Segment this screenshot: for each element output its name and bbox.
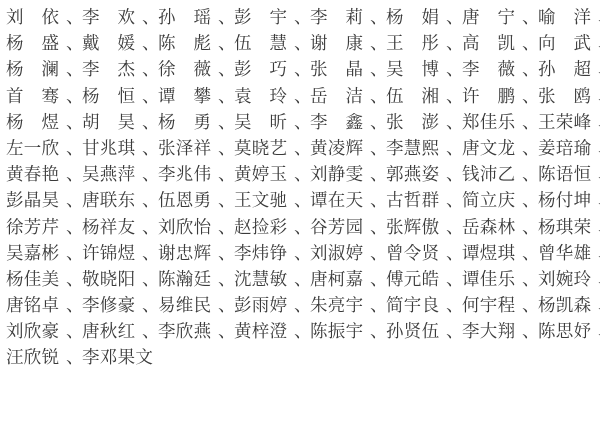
person-name: 左一欣 bbox=[6, 136, 66, 162]
person-name: 赵捡彩 bbox=[234, 215, 294, 241]
separator: 、 bbox=[370, 267, 386, 293]
text-line: 首骞、杨恒、谭攀、袁玲、岳洁、伍湘、许鹏、张鸥、江富、 bbox=[6, 84, 600, 110]
person-name: 吴嘉彬 bbox=[6, 241, 66, 267]
person-name: 张鸥 bbox=[538, 84, 598, 110]
separator: 、 bbox=[522, 188, 538, 214]
separator: 、 bbox=[446, 241, 462, 267]
person-name: 伍慧 bbox=[234, 31, 294, 57]
person-name: 甘兆琪 bbox=[82, 136, 142, 162]
separator: 、 bbox=[142, 319, 158, 345]
person-name: 傅元皓 bbox=[386, 267, 446, 293]
separator: 、 bbox=[66, 345, 82, 371]
separator: 、 bbox=[370, 241, 386, 267]
person-name: 张晶 bbox=[310, 57, 370, 83]
separator: 、 bbox=[522, 162, 538, 188]
separator: 、 bbox=[142, 57, 158, 83]
separator: 、 bbox=[370, 57, 386, 83]
text-line: 唐铭卓、李修豪、易维民、彭雨婷、朱亮宇、简宇良、何宇程、杨凯森、蔡小妹、 bbox=[6, 293, 600, 319]
person-name: 唐秋红 bbox=[82, 319, 142, 345]
separator: 、 bbox=[142, 188, 158, 214]
person-name: 陈语恒 bbox=[538, 162, 598, 188]
separator: 、 bbox=[370, 110, 386, 136]
person-name: 杨娟 bbox=[386, 5, 446, 31]
separator: 、 bbox=[294, 319, 310, 345]
separator: 、 bbox=[218, 162, 234, 188]
person-name: 王荣峰 bbox=[538, 110, 598, 136]
person-name: 朱亮宇 bbox=[310, 293, 370, 319]
person-name: 李鑫 bbox=[310, 110, 370, 136]
separator: 、 bbox=[446, 110, 462, 136]
separator: 、 bbox=[294, 162, 310, 188]
separator: 、 bbox=[522, 5, 538, 31]
separator: 、 bbox=[66, 319, 82, 345]
person-name: 杨恒 bbox=[82, 84, 142, 110]
separator: 、 bbox=[294, 84, 310, 110]
person-name: 李莉 bbox=[310, 5, 370, 31]
person-name: 吴博 bbox=[386, 57, 446, 83]
person-name: 黄春艳 bbox=[6, 162, 66, 188]
separator: 、 bbox=[370, 136, 386, 162]
separator: 、 bbox=[446, 57, 462, 83]
person-name: 曾华雄 bbox=[538, 241, 598, 267]
person-name: 莫晓艺 bbox=[234, 136, 294, 162]
person-name: 谭佳乐 bbox=[462, 267, 522, 293]
separator: 、 bbox=[66, 136, 82, 162]
person-name: 唐柯嘉 bbox=[310, 267, 370, 293]
separator: 、 bbox=[370, 293, 386, 319]
person-name: 彭宇 bbox=[234, 5, 294, 31]
separator: 、 bbox=[142, 84, 158, 110]
person-name: 张辉傲 bbox=[386, 215, 446, 241]
separator: 、 bbox=[522, 319, 538, 345]
person-name: 杨付坤 bbox=[538, 188, 598, 214]
person-name: 徐薇 bbox=[158, 57, 218, 83]
person-name: 易维民 bbox=[158, 293, 218, 319]
separator: 、 bbox=[294, 215, 310, 241]
separator: 、 bbox=[522, 84, 538, 110]
separator: 、 bbox=[142, 241, 158, 267]
separator: 、 bbox=[66, 267, 82, 293]
person-name: 彭雨婷 bbox=[234, 293, 294, 319]
separator: 、 bbox=[446, 84, 462, 110]
person-name: 唐宁 bbox=[462, 5, 522, 31]
person-name: 陈振宇 bbox=[310, 319, 370, 345]
separator: 、 bbox=[142, 293, 158, 319]
separator: 、 bbox=[446, 5, 462, 31]
separator: 、 bbox=[446, 293, 462, 319]
separator: 、 bbox=[142, 215, 158, 241]
person-name: 李大翔 bbox=[462, 319, 522, 345]
text-line: 刘欣豪、唐秋红、李欣燕、黄梓澄、陈振宇、孙贤伍、李大翔、陈思妤、江泽凯、 bbox=[6, 319, 600, 345]
person-name: 李欣燕 bbox=[158, 319, 218, 345]
person-name: 李炜铮 bbox=[234, 241, 294, 267]
person-name: 彭巧 bbox=[234, 57, 294, 83]
person-name: 胡昊 bbox=[82, 110, 142, 136]
text-line: 杨澜、李杰、徐薇、彭巧、张晶、吴博、李薇、孙超、刘妍、 bbox=[6, 57, 600, 83]
separator: 、 bbox=[218, 31, 234, 57]
person-name: 谢康 bbox=[310, 31, 370, 57]
separator: 、 bbox=[522, 293, 538, 319]
person-name: 姜琣瑜 bbox=[538, 136, 598, 162]
separator: 、 bbox=[142, 31, 158, 57]
person-name: 徐芳芹 bbox=[6, 215, 66, 241]
separator: 、 bbox=[142, 136, 158, 162]
person-name: 沈慧敏 bbox=[234, 267, 294, 293]
person-name: 李杰 bbox=[82, 57, 142, 83]
separator: 、 bbox=[66, 215, 82, 241]
person-name: 李慧熙 bbox=[386, 136, 446, 162]
person-name: 李薇 bbox=[462, 57, 522, 83]
person-name: 彭晶昊 bbox=[6, 188, 66, 214]
separator: 、 bbox=[66, 5, 82, 31]
text-line: 黄春艳、吴燕萍、李兆伟、黄婷玉、刘静雯、郭燕姿、钱沛乙、陈语恒、吴雅灵、 bbox=[6, 162, 600, 188]
separator: 、 bbox=[446, 31, 462, 57]
separator: 、 bbox=[142, 5, 158, 31]
person-name: 杨祥友 bbox=[82, 215, 142, 241]
separator: 、 bbox=[446, 162, 462, 188]
separator: 、 bbox=[522, 110, 538, 136]
person-name: 伍湘 bbox=[386, 84, 446, 110]
person-name: 郭燕姿 bbox=[386, 162, 446, 188]
separator: 、 bbox=[142, 267, 158, 293]
person-name: 伍恩勇 bbox=[158, 188, 218, 214]
person-name: 谷芳园 bbox=[310, 215, 370, 241]
separator: 、 bbox=[294, 136, 310, 162]
person-name: 何宇程 bbox=[462, 293, 522, 319]
separator: 、 bbox=[218, 267, 234, 293]
separator: 、 bbox=[218, 84, 234, 110]
separator: 、 bbox=[446, 267, 462, 293]
separator: 、 bbox=[218, 110, 234, 136]
person-name: 刘淑婷 bbox=[310, 241, 370, 267]
person-name: 许锦煜 bbox=[82, 241, 142, 267]
person-name: 黄梓澄 bbox=[234, 319, 294, 345]
separator: 、 bbox=[218, 57, 234, 83]
person-name: 孙瑶 bbox=[158, 5, 218, 31]
person-name: 刘婉玲 bbox=[538, 267, 598, 293]
person-name: 戴媛 bbox=[82, 31, 142, 57]
separator: 、 bbox=[294, 241, 310, 267]
person-name: 谭在天 bbox=[310, 188, 370, 214]
separator: 、 bbox=[142, 162, 158, 188]
separator: 、 bbox=[522, 31, 538, 57]
separator: 、 bbox=[370, 188, 386, 214]
separator: 、 bbox=[294, 267, 310, 293]
person-name: 敬晓阳 bbox=[82, 267, 142, 293]
person-name: 杨盛 bbox=[6, 31, 66, 57]
separator: 、 bbox=[142, 110, 158, 136]
separator: 、 bbox=[218, 293, 234, 319]
person-name: 向武 bbox=[538, 31, 598, 57]
person-name: 黄凌辉 bbox=[310, 136, 370, 162]
person-name: 唐联东 bbox=[82, 188, 142, 214]
name-list-document: 刘依、李欢、孙瑶、彭宇、李莉、杨娟、唐宁、喻洋、张巧、杨盛、戴媛、陈彪、伍慧、谢… bbox=[6, 5, 600, 372]
separator: 、 bbox=[218, 5, 234, 31]
person-name: 王彤 bbox=[386, 31, 446, 57]
person-name: 简立庆 bbox=[462, 188, 522, 214]
person-name: 陈瀚廷 bbox=[158, 267, 218, 293]
person-name: 杨澜 bbox=[6, 57, 66, 83]
person-name: 李邓果文 bbox=[82, 345, 153, 371]
text-line: 左一欣、甘兆琪、张泽祥、莫晓艺、黄凌辉、李慧熙、唐文龙、姜琣瑜、邓雪晶、 bbox=[6, 136, 600, 162]
separator: 、 bbox=[522, 267, 538, 293]
person-name: 钱沛乙 bbox=[462, 162, 522, 188]
separator: 、 bbox=[66, 57, 82, 83]
person-name: 吴燕萍 bbox=[82, 162, 142, 188]
separator: 、 bbox=[446, 319, 462, 345]
person-name: 唐铭卓 bbox=[6, 293, 66, 319]
person-name: 刘静雯 bbox=[310, 162, 370, 188]
person-name: 张泽祥 bbox=[158, 136, 218, 162]
person-name: 刘欣怡 bbox=[158, 215, 218, 241]
separator: 、 bbox=[522, 136, 538, 162]
separator: 、 bbox=[370, 31, 386, 57]
separator: 、 bbox=[522, 241, 538, 267]
person-name: 李修豪 bbox=[82, 293, 142, 319]
separator: 、 bbox=[370, 215, 386, 241]
text-line: 汪欣锐、李邓果文 bbox=[6, 345, 600, 371]
separator: 、 bbox=[446, 215, 462, 241]
person-name: 喻洋 bbox=[538, 5, 598, 31]
separator: 、 bbox=[522, 215, 538, 241]
text-line: 刘依、李欢、孙瑶、彭宇、李莉、杨娟、唐宁、喻洋、张巧、 bbox=[6, 5, 600, 31]
separator: 、 bbox=[66, 188, 82, 214]
person-name: 唐文龙 bbox=[462, 136, 522, 162]
separator: 、 bbox=[294, 110, 310, 136]
text-line: 杨盛、戴媛、陈彪、伍慧、谢康、王彤、高凯、向武、陈涛、 bbox=[6, 31, 600, 57]
text-line: 彭晶昊、唐联东、伍恩勇、王文驰、谭在天、古哲群、简立庆、杨付坤、刘劲辉、 bbox=[6, 188, 600, 214]
person-name: 杨凯森 bbox=[538, 293, 598, 319]
separator: 、 bbox=[66, 162, 82, 188]
person-name: 吴昕 bbox=[234, 110, 294, 136]
person-name: 李欢 bbox=[82, 5, 142, 31]
person-name: 袁玲 bbox=[234, 84, 294, 110]
person-name: 许鹏 bbox=[462, 84, 522, 110]
text-line: 杨煜、胡昊、杨勇、吴昕、李鑫、张澎、郑佳乐、王荣峰、段一晗、 bbox=[6, 110, 600, 136]
person-name: 谭煜琪 bbox=[462, 241, 522, 267]
separator: 、 bbox=[294, 57, 310, 83]
person-name: 谢忠辉 bbox=[158, 241, 218, 267]
person-name: 首骞 bbox=[6, 84, 66, 110]
separator: 、 bbox=[218, 188, 234, 214]
person-name: 王文驰 bbox=[234, 188, 294, 214]
person-name: 岳洁 bbox=[310, 84, 370, 110]
person-name: 李兆伟 bbox=[158, 162, 218, 188]
separator: 、 bbox=[218, 241, 234, 267]
person-name: 谭攀 bbox=[158, 84, 218, 110]
person-name: 高凯 bbox=[462, 31, 522, 57]
separator: 、 bbox=[218, 319, 234, 345]
separator: 、 bbox=[294, 5, 310, 31]
separator: 、 bbox=[66, 110, 82, 136]
person-name: 岳森林 bbox=[462, 215, 522, 241]
person-name: 杨煜 bbox=[6, 110, 66, 136]
separator: 、 bbox=[446, 188, 462, 214]
separator: 、 bbox=[218, 136, 234, 162]
separator: 、 bbox=[370, 84, 386, 110]
person-name: 刘依 bbox=[6, 5, 66, 31]
person-name: 杨佳美 bbox=[6, 267, 66, 293]
separator: 、 bbox=[370, 319, 386, 345]
separator: 、 bbox=[66, 241, 82, 267]
separator: 、 bbox=[522, 57, 538, 83]
person-name: 孙超 bbox=[538, 57, 598, 83]
separator: 、 bbox=[370, 5, 386, 31]
person-name: 刘欣豪 bbox=[6, 319, 66, 345]
separator: 、 bbox=[294, 31, 310, 57]
text-line: 徐芳芹、杨祥友、刘欣怡、赵捡彩、谷芳园、张辉傲、岳森林、杨琪荣、尹思涵、 bbox=[6, 215, 600, 241]
person-name: 陈彪 bbox=[158, 31, 218, 57]
person-name: 陈思妤 bbox=[538, 319, 598, 345]
separator: 、 bbox=[370, 162, 386, 188]
person-name: 汪欣锐 bbox=[6, 345, 66, 371]
separator: 、 bbox=[66, 293, 82, 319]
person-name: 古哲群 bbox=[386, 188, 446, 214]
text-line: 杨佳美、敬晓阳、陈瀚廷、沈慧敏、唐柯嘉、傅元皓、谭佳乐、刘婉玲、丁羽鹏、 bbox=[6, 267, 600, 293]
person-name: 张澎 bbox=[386, 110, 446, 136]
separator: 、 bbox=[446, 136, 462, 162]
separator: 、 bbox=[294, 293, 310, 319]
text-line: 吴嘉彬、许锦煜、谢忠辉、李炜铮、刘淑婷、曾令贤、谭煜琪、曾华雄、向流兴、 bbox=[6, 241, 600, 267]
separator: 、 bbox=[66, 31, 82, 57]
person-name: 杨琪荣 bbox=[538, 215, 598, 241]
separator: 、 bbox=[66, 84, 82, 110]
person-name: 黄婷玉 bbox=[234, 162, 294, 188]
person-name: 郑佳乐 bbox=[462, 110, 522, 136]
person-name: 简宇良 bbox=[386, 293, 446, 319]
person-name: 杨勇 bbox=[158, 110, 218, 136]
separator: 、 bbox=[218, 215, 234, 241]
person-name: 曾令贤 bbox=[386, 241, 446, 267]
separator: 、 bbox=[294, 188, 310, 214]
person-name: 孙贤伍 bbox=[386, 319, 446, 345]
